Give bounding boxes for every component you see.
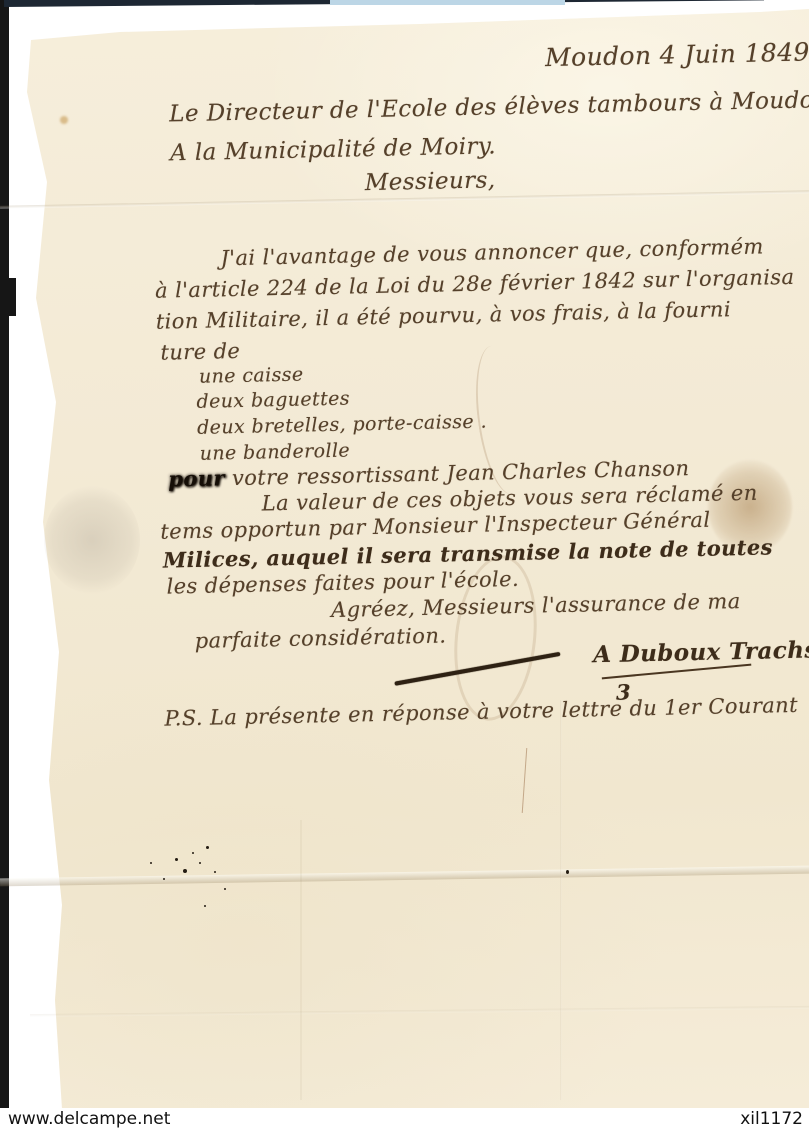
handwritten-text-layer: Moudon 4 Juin 1849 Le Directeur de l'Eco… — [0, 0, 809, 1118]
watermark-seller-id: xil1172 — [740, 1109, 803, 1129]
body-line-1: J'ai l'avantage de vous annoncer que, co… — [220, 234, 764, 270]
item-line-1: une caisse — [199, 364, 304, 388]
value-line-4: les dépenses faites pour l'école. — [166, 567, 519, 599]
closing-line-2: parfaite considération. — [195, 623, 447, 652]
body-line-4: ture de — [160, 339, 240, 365]
ink-blot-word: pour — [168, 465, 225, 491]
watermark-site-text: www.delcampe.net — [8, 1109, 170, 1129]
salutation: Messieurs, — [365, 167, 496, 196]
watermark-bar: www.delcampe.net xil1172 — [0, 1108, 809, 1131]
recipient-line: A la Municipalité de Moiry. — [170, 133, 496, 166]
signature-flourish-dash — [394, 652, 560, 686]
signature: A Duboux Trachsel Cap — [593, 635, 809, 669]
scanned-letter-image: Moudon 4 Juin 1849 Le Directeur de l'Eco… — [0, 0, 809, 1131]
dateline: Moudon 4 Juin 1849 — [545, 37, 809, 72]
item-line-3: deux bretelles, porte-caisse . — [197, 411, 487, 439]
item-line-2: deux baguettes — [196, 388, 350, 413]
closing-line-1: Agréez, Messieurs l'assurance de ma — [331, 589, 741, 622]
body-line-3: tion Militaire, il a été pourvu, à vos f… — [156, 297, 732, 334]
postscript: P.S. La présente en réponse à votre lett… — [164, 693, 798, 731]
item-line-4: une banderolle — [199, 440, 350, 465]
sender-line: Le Directeur de l'Ecole des élèves tambo… — [169, 87, 809, 127]
